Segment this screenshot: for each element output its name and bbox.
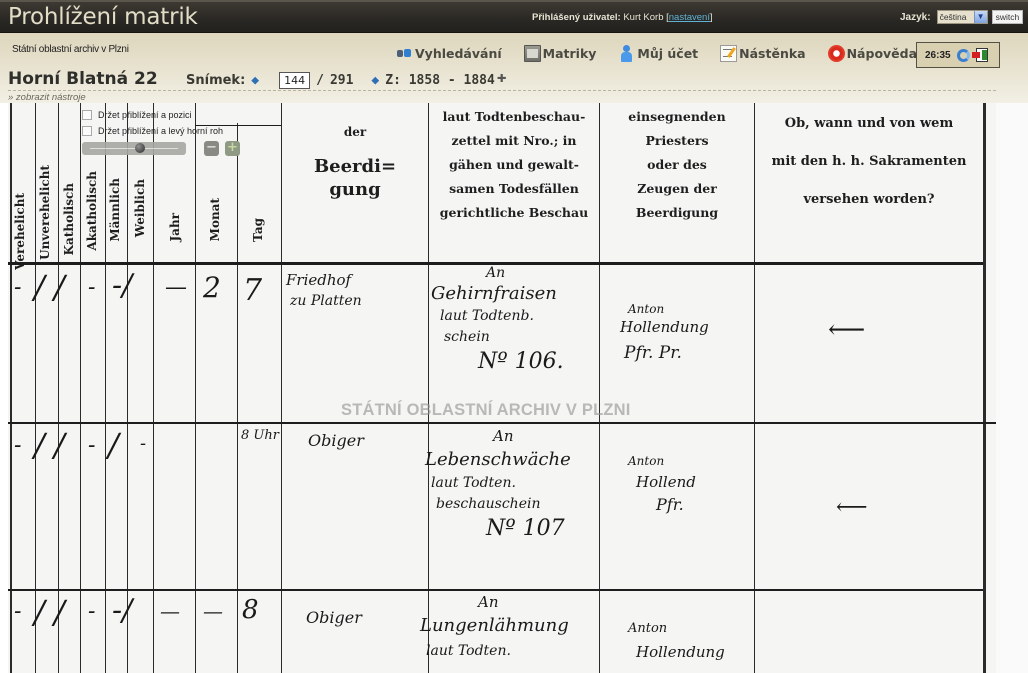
language-label: Jazyk: (900, 12, 931, 23)
zoom-tools-panel: Držet přiblížení a pozici Držet přiblíže… (82, 107, 240, 156)
checkbox-label: Držet přiblížení a pozici (98, 110, 192, 120)
register-image-viewer[interactable]: Verehelicht Unverehelicht Katholisch Aka… (8, 103, 996, 673)
archive-name: Státní oblastní archiv v Plzni (12, 44, 129, 55)
column-header: Jahr (168, 213, 182, 242)
divider (8, 90, 996, 91)
language-select[interactable]: čeština ▼ (937, 10, 988, 24)
session-timer: 26:35 (925, 50, 951, 61)
zoom-in-button[interactable]: + (225, 141, 240, 156)
user-icon (618, 45, 635, 62)
ruling-line (10, 103, 12, 673)
column-header: Unverehelicht (38, 165, 52, 260)
checkbox-label: Držet přiblížení a levý horní roh (98, 126, 223, 136)
keep-zoom-topleft-checkbox[interactable] (82, 126, 92, 136)
prev-image-arrow-icon[interactable]: ◆ (251, 73, 259, 88)
nav-search[interactable]: Vyhledávání (396, 45, 502, 62)
ruling-line (105, 103, 106, 673)
keep-zoom-position-option[interactable]: Držet přiblížení a pozici (82, 107, 240, 123)
nav-label: Matriky (543, 46, 597, 61)
nav-board[interactable]: Nástěnka (720, 45, 805, 62)
user-info: Přihlášený uživatel: Kurt Korb [nastaven… (532, 12, 713, 23)
ruling-line (153, 103, 154, 673)
ruling-line (195, 103, 196, 673)
header: Státní oblastní archiv v Plzni Vyhledává… (0, 33, 1028, 103)
ruling-line (8, 422, 996, 424)
image-pager: Snímek: ◆ / 291 ◆ Z: 1858 - 1884 ✚ (186, 72, 506, 89)
zoom-out-button[interactable]: − (204, 141, 219, 156)
column-header: Katholisch (62, 183, 76, 255)
refresh-icon[interactable] (957, 49, 970, 62)
viewer-margin (996, 103, 1028, 673)
nav-help[interactable]: Nápověda (828, 45, 917, 62)
show-tools-link[interactable]: » zobrazit nástroje (8, 92, 86, 103)
column-header: Akatholisch (85, 171, 99, 251)
binoculars-icon (396, 45, 413, 62)
watermark: STÁTNÍ OBLASTNÍ ARCHIV V PLZNI (341, 401, 631, 420)
year-range: Z: 1858 - 1884 (385, 73, 495, 88)
session-box: 26:35 (916, 42, 1000, 68)
ruling-line (58, 103, 59, 673)
column-header: Verehelicht (13, 193, 27, 270)
ruling-line (983, 103, 986, 673)
ruling-line (127, 103, 128, 673)
lifebuoy-icon (828, 45, 845, 62)
record-title: Horní Blatná 22 (8, 69, 158, 89)
column-header-burial: der Beerdi= gung (282, 120, 428, 200)
main-nav: Vyhledávání Matriky Můj účet Nástěnka Ná… (396, 45, 917, 62)
nav-registers[interactable]: Matriky (524, 45, 597, 62)
zoom-slider[interactable] (82, 142, 186, 155)
ruling-line (8, 589, 983, 591)
page-number-input[interactable] (279, 72, 310, 89)
column-header: Weiblich (133, 179, 147, 237)
top-bar: Prohlížení matrik Přihlášený uživatel: K… (0, 0, 1028, 33)
column-header: Männlich (108, 178, 122, 242)
column-header: Tag (251, 218, 265, 242)
zoom-slider-handle[interactable] (135, 143, 145, 153)
column-header-cause: laut Todtenbeschau- zettel mit Nro.; in … (429, 105, 599, 225)
ruling-line (80, 103, 81, 673)
plus-icon[interactable]: ✚ (497, 67, 507, 86)
pager-total: 291 (330, 73, 353, 88)
switch-language-button[interactable]: switch (992, 10, 1024, 24)
logout-icon[interactable] (976, 48, 988, 62)
app-title: Prohlížení matrik (8, 4, 198, 30)
folder-icon (524, 45, 541, 62)
user-label: Přihlášený uživatel: (532, 12, 621, 23)
keep-zoom-topleft-option[interactable]: Držet přiblížení a levý horní roh (82, 123, 240, 139)
user-name: Kurt Korb (623, 12, 663, 23)
language-switcher: Jazyk: čeština ▼ switch (900, 10, 1023, 24)
next-image-arrow-icon[interactable]: ◆ (371, 73, 379, 88)
nav-label: Nástěnka (739, 46, 805, 61)
zoom-controls: − + (82, 141, 240, 156)
chevron-down-icon[interactable]: ▼ (974, 11, 987, 23)
settings-link[interactable]: nastavení (669, 12, 710, 23)
column-header: Monat (208, 198, 222, 241)
keep-zoom-position-checkbox[interactable] (82, 110, 92, 120)
column-header-sacraments: Ob, wann und von wem mit den h. h. Sakra… (755, 105, 983, 219)
pager-label: Snímek: (186, 73, 245, 88)
nav-label: Nápověda (847, 46, 917, 61)
column-header-priest: einsegnenden Priesters oder des Zeugen d… (600, 105, 754, 225)
pager-separator: / (316, 73, 324, 88)
ruling-line (35, 103, 36, 673)
nav-label: Můj účet (637, 46, 698, 61)
notepad-icon (720, 45, 737, 62)
nav-label: Vyhledávání (415, 46, 502, 61)
nav-my-account[interactable]: Můj účet (618, 45, 698, 62)
language-value: čeština (938, 12, 974, 22)
